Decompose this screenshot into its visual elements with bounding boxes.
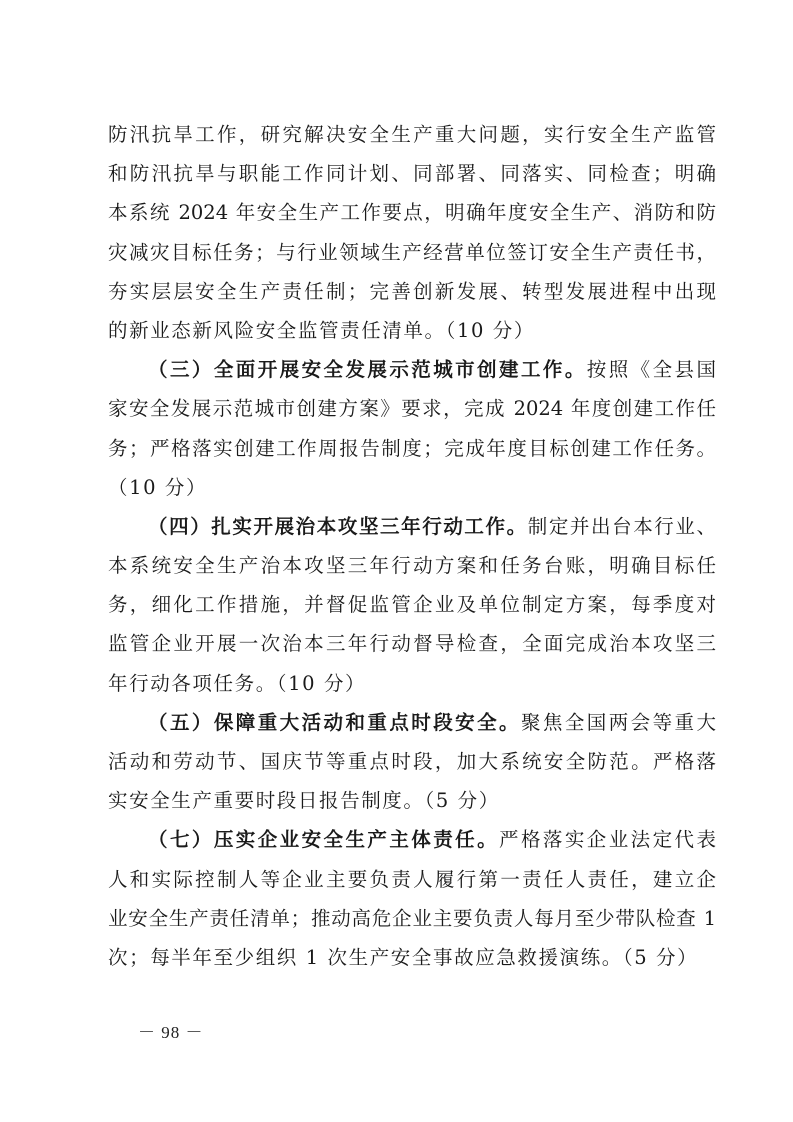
paragraph-continuation: 防汛抗旱工作，研究解决安全生产重大问题，实行安全生产监管 和防汛抗旱与职能工作同… <box>108 115 716 350</box>
section-heading: （四）扎实开展治本攻坚三年行动工作。 <box>148 515 528 538</box>
text-line: 人和实际控制人等企业主要负责人履行第一责任人责任，建立企 <box>108 860 716 899</box>
paragraph-section-3: （三）全面开展安全发展示范城市创建工作。按照《全县国 家安全发展示范城市创建方案… <box>108 350 716 507</box>
text-span: 严格落实企业法定代表 <box>499 828 716 851</box>
text-line: 活动和劳动节、国庆节等重点时段，加大系统安全防范。严格落 <box>108 742 716 781</box>
section-heading: （七）压实企业安全生产主体责任。 <box>148 828 499 851</box>
text-line: 监管企业开展一次治本三年行动督导检查，全面完成治本攻坚三 <box>108 624 716 663</box>
text-line: （五）保障重大活动和重点时段安全。聚焦全国两会等重大 <box>108 703 716 742</box>
text-line: 务；严格落实创建工作周报告制度；完成年度目标创建工作任务。 <box>108 429 716 468</box>
text-line: 实安全生产重要时段日报告制度。（5 分） <box>108 781 716 820</box>
text-line: （10 分） <box>108 468 716 507</box>
text-line: （三）全面开展安全发展示范城市创建工作。按照《全县国 <box>108 350 716 389</box>
text-line: 本系统安全生产治本攻坚三年行动方案和任务台账，明确目标任 <box>108 546 716 585</box>
paragraph-section-4: （四）扎实开展治本攻坚三年行动工作。制定并出台本行业、 本系统安全生产治本攻坚三… <box>108 507 716 703</box>
text-span: 聚焦全国两会等重大 <box>521 711 716 734</box>
text-line: 务，细化工作措施，并督促监管企业及单位制定方案，每季度对 <box>108 585 716 624</box>
page-number: － 98 － <box>138 1018 204 1043</box>
text-line: 年行动各项任务。（10 分） <box>108 664 716 703</box>
text-line: 次；每半年至少组织 1 次生产安全事故应急救援演练。（5 分） <box>108 938 716 977</box>
text-line: 本系统 2024 年安全生产工作要点，明确年度安全生产、消防和防 <box>108 193 716 232</box>
text-line: 夯实层层安全生产责任制；完善创新发展、转型发展进程中出现 <box>108 272 716 311</box>
text-line: 灾减灾目标任务；与行业领域生产经营单位签订安全生产责任书， <box>108 233 716 272</box>
text-line: 和防汛抗旱与职能工作同计划、同部署、同落实、同检查；明确 <box>108 154 716 193</box>
text-line: 业安全生产责任清单；推动高危企业主要负责人每月至少带队检查 1 <box>108 899 716 938</box>
text-line: （七）压实企业安全生产主体责任。严格落实企业法定代表 <box>108 820 716 859</box>
text-span: 按照《全县国 <box>587 358 716 381</box>
text-line: 家安全发展示范城市创建方案》要求，完成 2024 年度创建工作任 <box>108 389 716 428</box>
section-heading: （五）保障重大活动和重点时段安全。 <box>148 711 521 734</box>
text-span: 制定并出台本行业、 <box>528 515 716 538</box>
document-body: 防汛抗旱工作，研究解决安全生产重大问题，实行安全生产监管 和防汛抗旱与职能工作同… <box>108 115 716 977</box>
text-line: （四）扎实开展治本攻坚三年行动工作。制定并出台本行业、 <box>108 507 716 546</box>
paragraph-section-7: （七）压实企业安全生产主体责任。严格落实企业法定代表 人和实际控制人等企业主要负… <box>108 820 716 977</box>
section-heading: （三）全面开展安全发展示范城市创建工作。 <box>148 358 587 381</box>
text-line: 防汛抗旱工作，研究解决安全生产重大问题，实行安全生产监管 <box>108 115 716 154</box>
text-line: 的新业态新风险安全监管责任清单。（10 分） <box>108 311 716 350</box>
paragraph-section-5: （五）保障重大活动和重点时段安全。聚焦全国两会等重大 活动和劳动节、国庆节等重点… <box>108 703 716 821</box>
